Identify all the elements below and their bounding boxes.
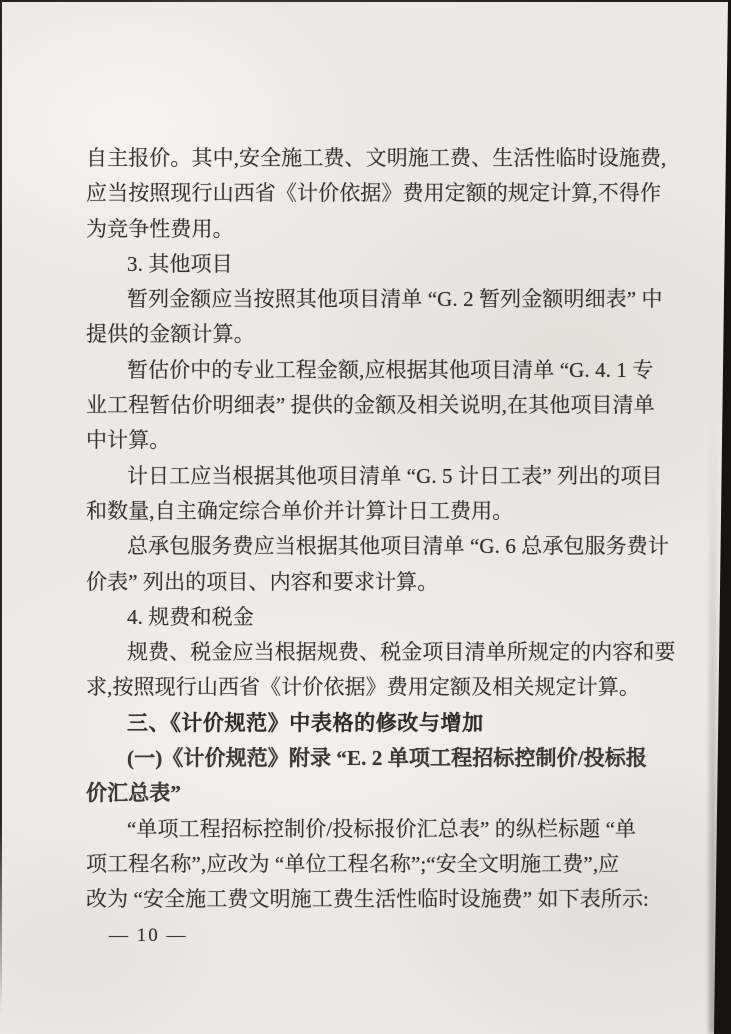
list-item-heading: 4. 规费和税金: [86, 600, 658, 635]
text-line: 总承包服务费应当根据其他项目清单 “G. 6 总承包服务费计: [86, 529, 658, 564]
text-line: 暂估价中的专业工程金额,应根据其他项目清单 “G. 4. 1 专: [86, 353, 658, 388]
page-number: — 10 —: [86, 918, 658, 953]
scan-edge-top: [0, 0, 731, 2]
scan-edge-left: [0, 0, 2, 1034]
text-line: 规费、税金应当根据规费、税金项目清单所规定的内容和要: [86, 635, 658, 670]
text-line: 暂列金额应当按照其他项目清单 “G. 2 暂列金额明细表” 中: [86, 282, 658, 317]
subsection-heading: (一)《计价规范》附录 “E. 2 单项工程招标控制价/投标报: [86, 741, 658, 776]
scanned-document-page: 自主报价。其中,安全施工费、文明施工费、生活性临时设施费, 应当按照现行山西省《…: [0, 0, 731, 1034]
text-line: 价表” 列出的项目、内容和要求计算。: [86, 565, 658, 600]
text-line: 业工程暂估价明细表” 提供的金额及相关说明,在其他项目清单: [86, 388, 658, 423]
section-heading: 三、《计价规范》中表格的修改与增加: [86, 706, 658, 741]
text-line: 求,按照现行山西省《计价依据》费用定额及相关规定计算。: [86, 670, 658, 705]
text-line: “单项工程招标控制价/投标报价汇总表” 的纵栏标题 “单: [86, 812, 658, 847]
text-line: 自主报价。其中,安全施工费、文明施工费、生活性临时设施费,: [86, 141, 658, 176]
text-line: 和数量,自主确定综合单价并计算计日工费用。: [86, 494, 658, 529]
text-line: 提供的金额计算。: [86, 317, 658, 352]
text-line: 应当按照现行山西省《计价依据》费用定额的规定计算,不得作: [86, 176, 658, 211]
text-line: 中计算。: [86, 423, 658, 458]
text-line: 为竞争性费用。: [86, 212, 658, 247]
list-item-heading: 3. 其他项目: [86, 247, 658, 282]
document-body: 自主报价。其中,安全施工费、文明施工费、生活性临时设施费, 应当按照现行山西省《…: [86, 141, 658, 953]
subsection-heading: 价汇总表”: [86, 776, 658, 811]
text-line: 计日工应当根据其他项目清单 “G. 5 计日工表” 列出的项目: [86, 459, 658, 494]
text-line: 项工程名称”,应改为 “单位工程名称”;“安全文明施工费”,应: [86, 847, 658, 882]
text-line: 改为 “安全施工费文明施工费生活性临时设施费” 如下表所示:: [86, 882, 658, 917]
